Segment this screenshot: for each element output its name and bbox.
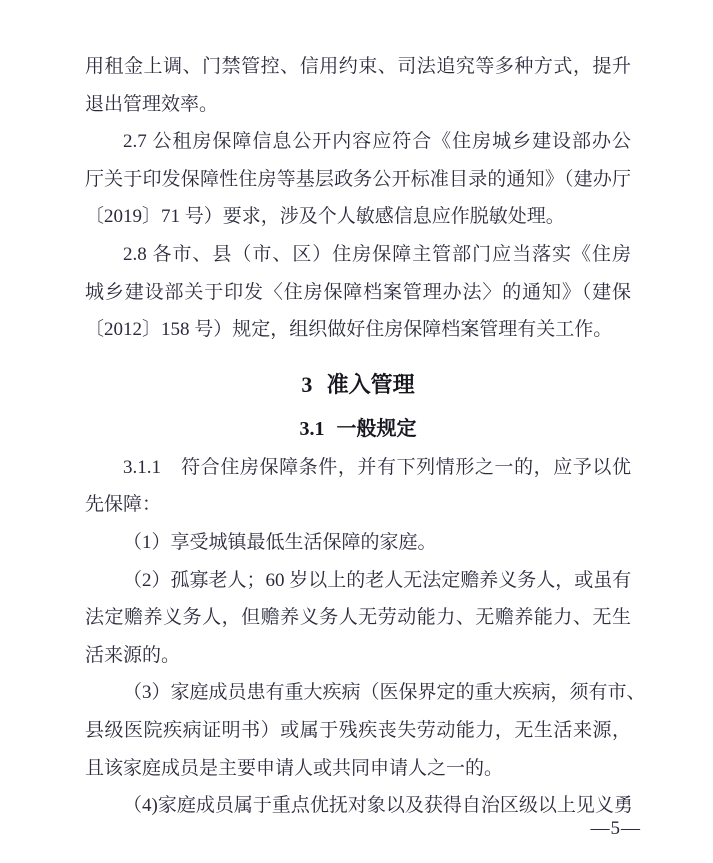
text-line: 〔2012〕158 号）规定，组织做好住房保障档案管理有关工作。 [85,311,631,349]
text-line: 3.1.1 符合住房保障条件，并有下列情形之一的，应予以优 [85,449,631,487]
text-line: （4)家庭成员属于重点优抚对象以及获得自治区级以上见义勇 [85,787,631,825]
document-content: 用租金上调、门禁管控、信用约束、司法追究等多种方式，提升 退出管理效率。 2.7… [85,48,631,825]
text-line: 厅关于印发保障性住房等基层政务公开标准目录的通知》（建办厅 [85,161,631,199]
section-heading: 3 准入管理 [85,365,631,405]
text-line: 先保障： [85,486,631,524]
text-line: 2.7 公租房保障信息公开内容应符合《住房城乡建设部办公 [85,123,631,161]
text-line: （1）享受城镇最低生活保障的家庭。 [85,524,631,562]
text-line: 2.8 各市、县（市、区）住房保障主管部门应当落实《住房 [85,236,631,274]
text-line: （2）孤寡老人；60 岁以上的老人无法定赡养义务人，或虽有 [85,562,631,600]
page-number: —5— [591,818,642,840]
text-line: 退出管理效率。 [85,86,631,124]
text-line: 用租金上调、门禁管控、信用约束、司法追究等多种方式，提升 [85,48,631,86]
text-line: 且该家庭成员是主要申请人或共同申请人之一的。 [85,750,631,788]
text-line: 县级医院疾病证明书）或属于残疾丧失劳动能力，无生活来源， [85,712,631,750]
text-line: 城乡建设部关于印发〈住房保障档案管理办法〉的通知》（建保 [85,274,631,312]
subsection-heading: 3.1 一般规定 [85,411,631,447]
text-line: 〔2019〕71 号）要求，涉及个人敏感信息应作脱敏处理。 [85,198,631,236]
text-line: 法定赡养义务人，但赡养义务人无劳动能力、无赡养能力、无生 [85,599,631,637]
text-line: 活来源的。 [85,637,631,675]
document-page: 用租金上调、门禁管控、信用约束、司法追究等多种方式，提升 退出管理效率。 2.7… [0,0,713,863]
text-line: （3）家庭成员患有重大疾病（医保界定的重大疾病，须有市、 [85,674,631,712]
